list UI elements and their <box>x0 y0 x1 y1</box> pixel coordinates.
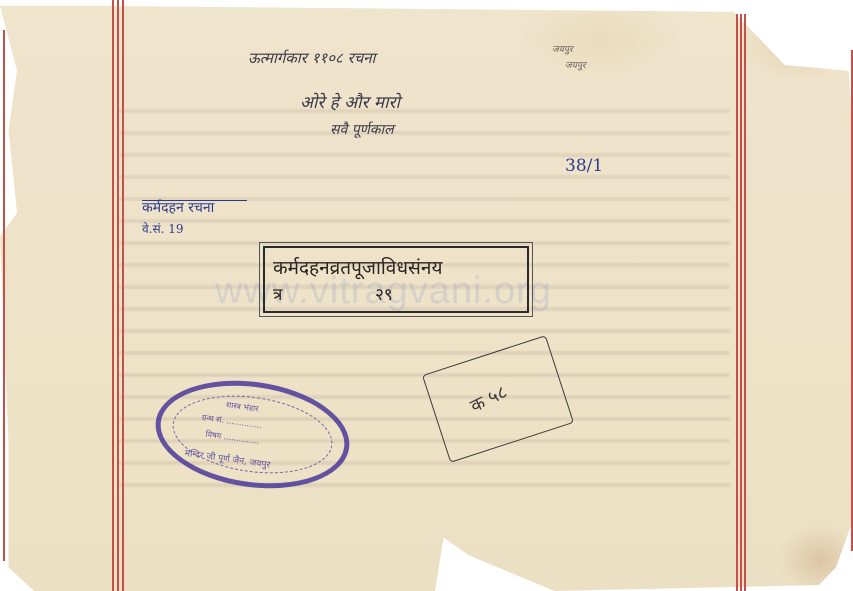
note-line-1: ऊत्मार्गकार ११०८ रचना <box>248 48 375 68</box>
catalog-number: क ५८ <box>466 380 511 418</box>
right-margin-rule <box>744 14 746 591</box>
title-continuation: त्र <box>273 282 282 305</box>
folio-count: २९ <box>375 282 393 305</box>
right-margin-rule <box>740 14 742 591</box>
note-line-3: सवै पूर्णकाल <box>330 120 394 139</box>
corner-note-2: जयपुर <box>565 58 586 71</box>
note-line-2: ओरे हे और मारो <box>300 90 400 113</box>
left-margin-rule <box>117 0 119 591</box>
corner-note-1: जयपुर <box>552 42 573 55</box>
manuscript-title: कर्मदहनव्रतपूजाविधसंनय <box>273 254 442 280</box>
manuscript-page: ऊत्मार्गकार ११०८ रचना ओरे हे और मारो सवै… <box>0 0 853 591</box>
left-note-underline <box>142 200 247 201</box>
right-margin-rule <box>736 14 738 591</box>
reference-number: 38/1 <box>565 156 603 176</box>
left-margin-rule <box>122 0 124 591</box>
edge-rule <box>3 30 5 561</box>
left-note-number: वे.सं. 19 <box>142 220 184 237</box>
title-box: कर्मदहनव्रतपूजाविधसंनय त्र २९ <box>263 246 529 313</box>
left-margin-rule <box>112 0 114 591</box>
